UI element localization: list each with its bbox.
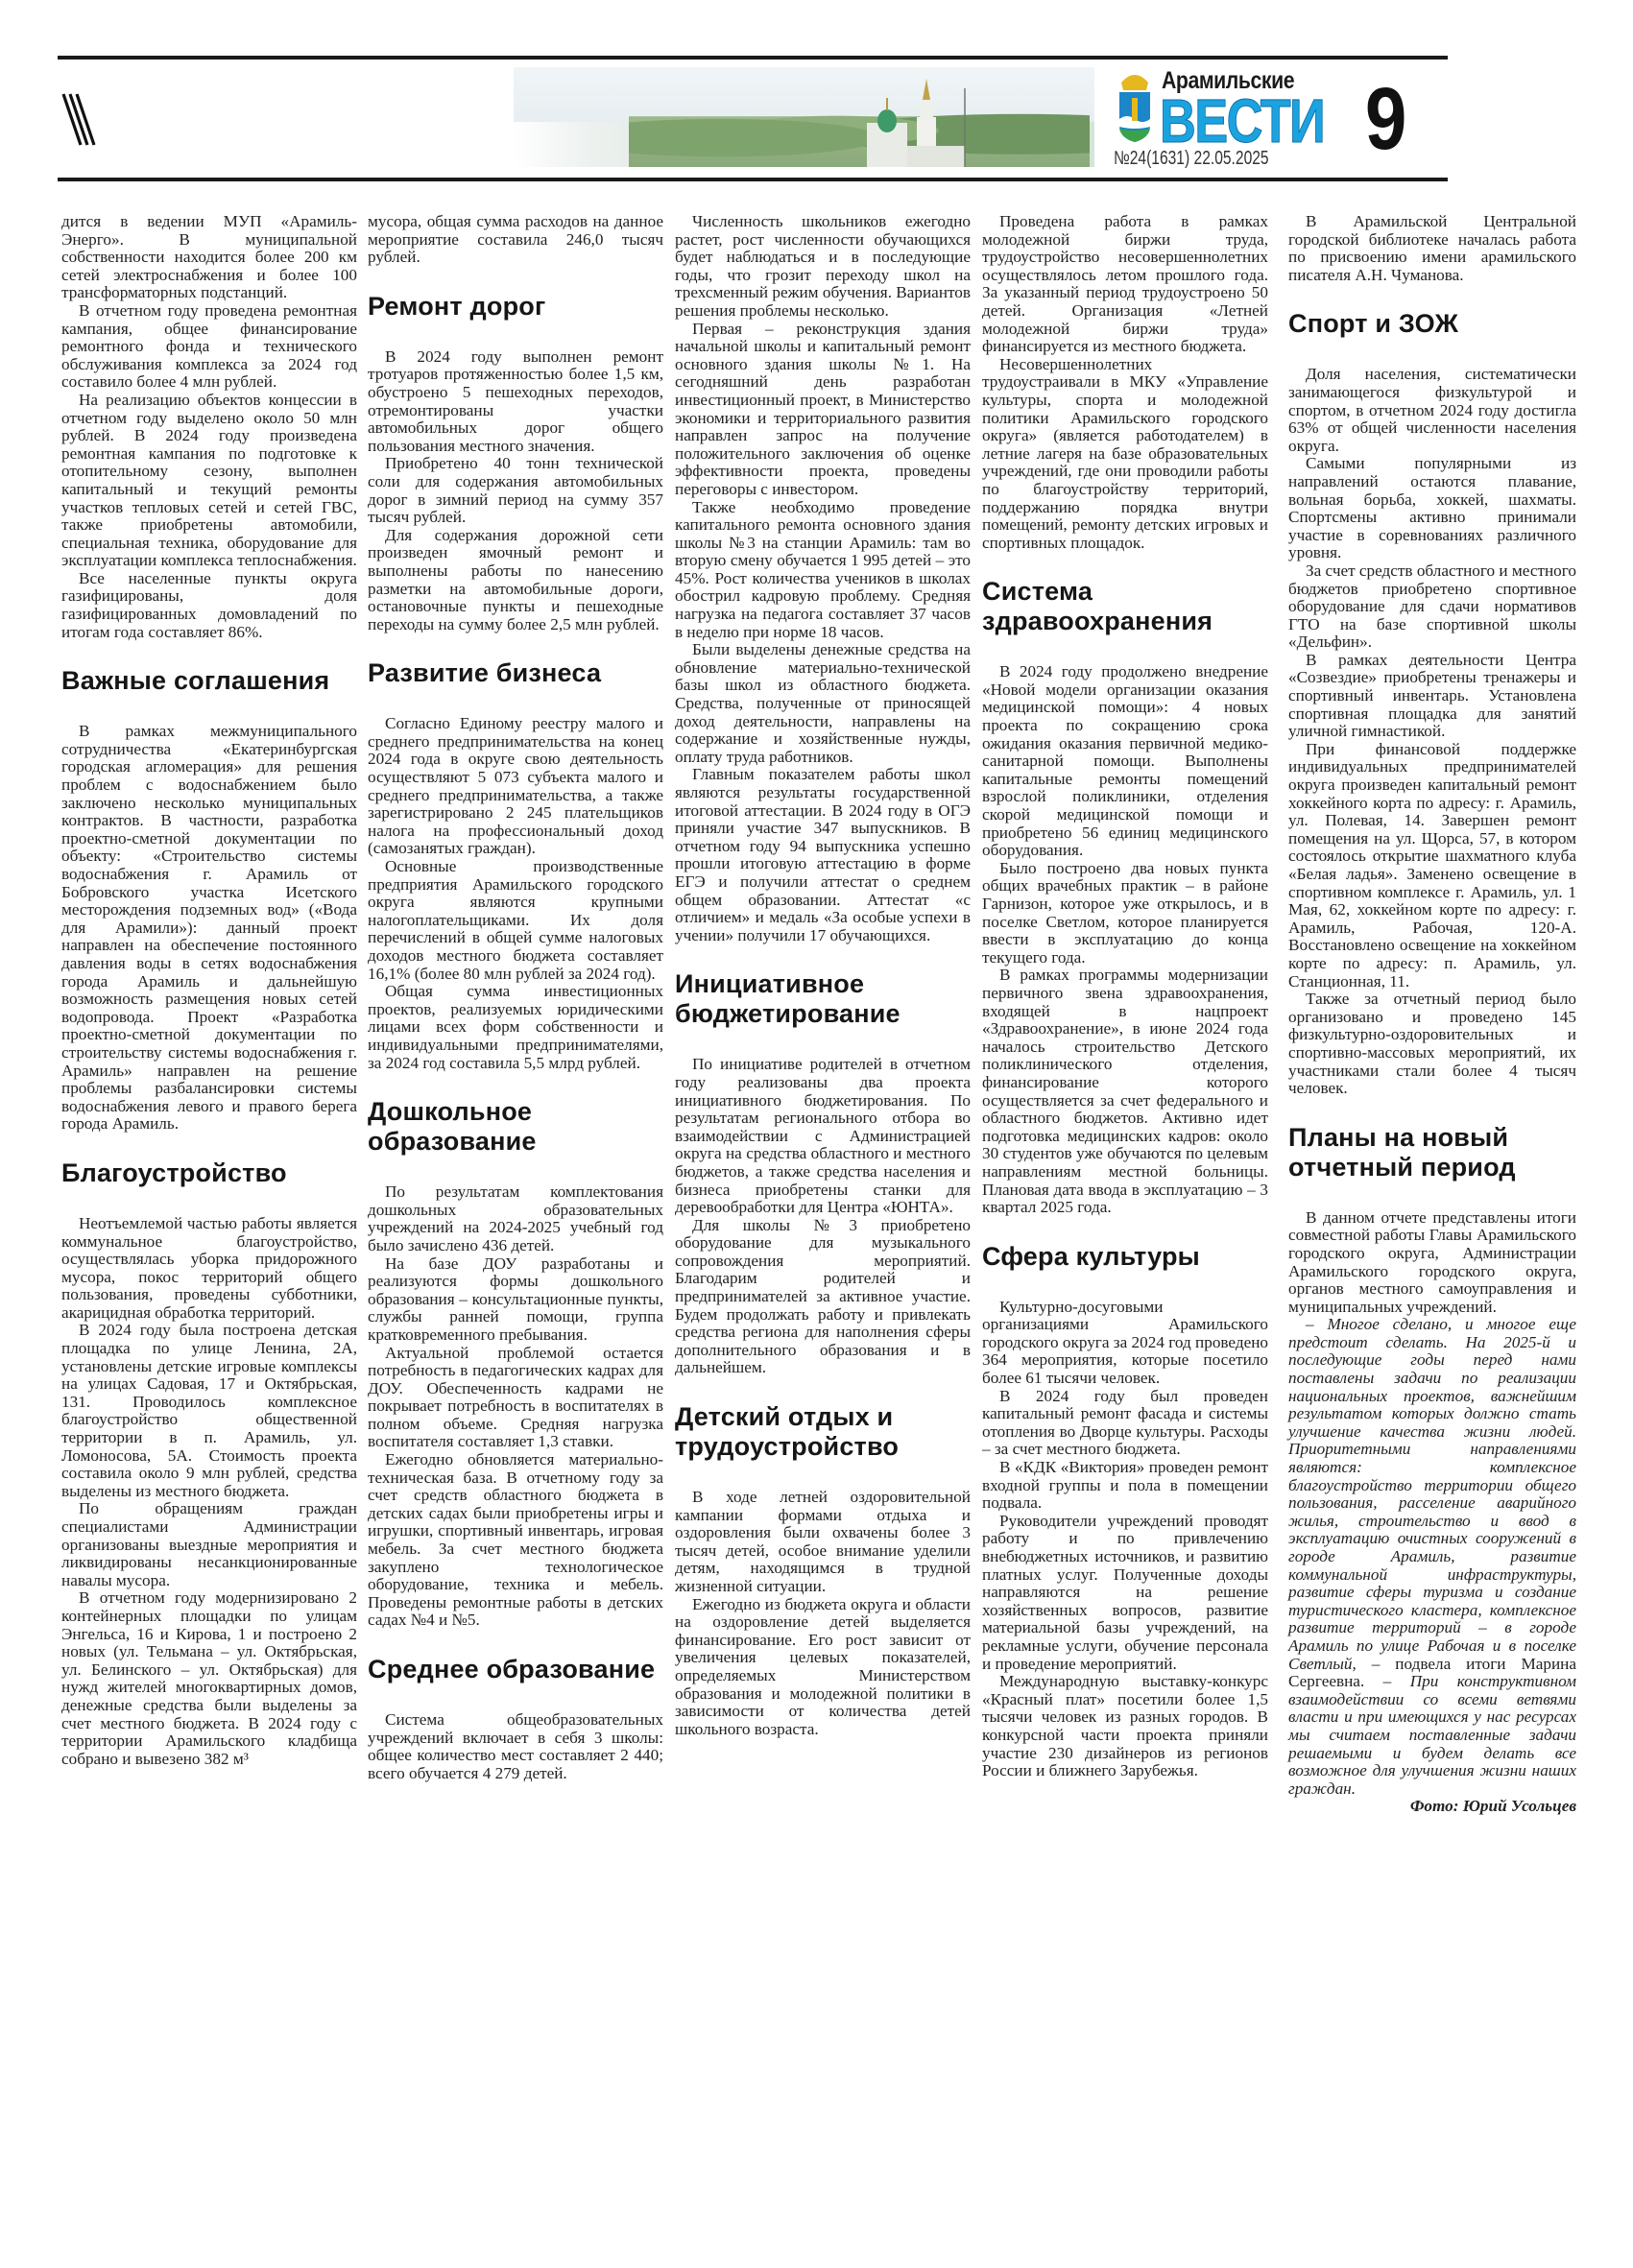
article-paragraph: По результатам комплектования дошкольных… xyxy=(368,1183,663,1254)
triple-slash-icon xyxy=(60,92,117,150)
article-paragraph: В 2024 году была построена детская площа… xyxy=(61,1322,357,1500)
quote-paragraph: – Многое сделано, и многое еще предстоит… xyxy=(1288,1316,1576,1798)
article-paragraph: Неотъемлемой частью работы является комм… xyxy=(61,1215,357,1323)
article-paragraph: В отчетном году проведена ремонтная камп… xyxy=(61,302,357,392)
article-paragraph: Приобретено 40 тонн технической соли для… xyxy=(368,455,663,526)
article-paragraph: В рамках программы модернизации первично… xyxy=(982,967,1268,1216)
article-paragraph: В «КДК «Виктория» проведен ремонт входно… xyxy=(982,1459,1268,1513)
article-paragraph: Для школы №3 приобретено оборудование дл… xyxy=(675,1217,971,1377)
article-paragraph: Ежегодно обновляется материально-техниче… xyxy=(368,1451,663,1630)
section-heading: Среднее образование xyxy=(368,1655,663,1684)
column-4: Проведена работа в рамках молодежной бир… xyxy=(982,213,1268,1780)
section-heading: Спорт и ЗОЖ xyxy=(1288,309,1576,339)
article-paragraph: В Арамильской Центральной городской библ… xyxy=(1288,213,1576,284)
section-heading: Развитие бизнеса xyxy=(368,658,663,688)
article-paragraph: При финансовой поддержке индивидуальных … xyxy=(1288,741,1576,991)
article-paragraph: В отчетном году модернизировано 2 контей… xyxy=(61,1589,357,1768)
article-paragraph: Главным показателем работы школ являются… xyxy=(675,766,971,944)
article-paragraph: мусора, общая сумма расходов на данное м… xyxy=(368,213,663,267)
article-paragraph: В рамках деятельности Центра «Созвездие»… xyxy=(1288,652,1576,741)
masthead-title-main: ВЕСТИ xyxy=(1160,90,1324,152)
article-paragraph: В 2024 году выполнен ремонт тротуаров пр… xyxy=(368,348,663,456)
section-heading: Сфера культуры xyxy=(982,1242,1268,1272)
page-number: 9 xyxy=(1365,75,1406,163)
article-paragraph: Руководители учреждений проводят работу … xyxy=(982,1513,1268,1673)
article-paragraph: Общая сумма инвестиционных проектов, реа… xyxy=(368,983,663,1072)
section-heading: Дошкольное образование xyxy=(368,1097,663,1157)
article-paragraph: По инициативе родителей в отчетном году … xyxy=(675,1056,971,1216)
article-paragraph: В данном отчете представлены итоги совме… xyxy=(1288,1209,1576,1317)
article-paragraph: Первая – реконструкция здания начальной … xyxy=(675,321,971,499)
article-paragraph: Были выделены денежные средства на обнов… xyxy=(675,641,971,766)
issue-number-date: №24(1631) 22.05.2025 xyxy=(1114,148,1269,170)
masthead: Арамильские ВЕСТИ №24(1631) 22.05.2025 xyxy=(1114,65,1363,173)
photo-credit: Фото: Юрий Усольцев xyxy=(1288,1798,1576,1816)
section-heading: Инициативное бюджетирование xyxy=(675,969,971,1029)
article-paragraph: Международную выставку-конкурс «Красный … xyxy=(982,1673,1268,1780)
article-paragraph: дится в ведении МУП «Арамиль-Энерго». В … xyxy=(61,213,357,302)
article-paragraph: В рамках межмуниципального сотрудничеств… xyxy=(61,723,357,1134)
article-paragraph: Культурно-досуговыми организациями Арами… xyxy=(982,1299,1268,1388)
header-bottom-rule xyxy=(58,178,1448,181)
column-5: В Арамильской Центральной городской библ… xyxy=(1288,213,1576,1816)
quote-text: – Многое сделано, и многое еще предстоит… xyxy=(1288,1315,1576,1672)
church-icon xyxy=(859,79,974,167)
header-photo-church-landscape xyxy=(514,67,1094,167)
section-heading: Важные соглашения xyxy=(61,666,357,696)
article-paragraph: Самыми популярными из направлений остают… xyxy=(1288,455,1576,562)
article-paragraph: В 2024 году был проведен капитальный рем… xyxy=(982,1388,1268,1459)
article-paragraph: В ходе летней оздоровительной кампании ф… xyxy=(675,1489,971,1596)
column-1: дится в ведении МУП «Арамиль-Энерго». В … xyxy=(61,213,357,1768)
column-3: Численность школьников ежегодно растет, … xyxy=(675,213,971,1738)
article-paragraph: На базе ДОУ разработаны и реализуются фо… xyxy=(368,1255,663,1345)
article-paragraph: Также необходимо проведение капитального… xyxy=(675,499,971,642)
article-paragraph: Актуальной проблемой остается потребност… xyxy=(368,1345,663,1452)
section-heading: Ремонт дорог xyxy=(368,292,663,322)
article-paragraph: На реализацию объектов концессии в отчет… xyxy=(61,392,357,570)
column-2: мусора, общая сумма расходов на данное м… xyxy=(368,213,663,1782)
quote-text: – При конструктивном взаимодействии со в… xyxy=(1288,1672,1576,1798)
section-heading: Планы на новый отчетный период xyxy=(1288,1123,1576,1182)
article-paragraph: Несовершеннолетних трудоустраивали в МКУ… xyxy=(982,356,1268,553)
section-heading: Благоустройство xyxy=(61,1158,357,1188)
article-paragraph: Основные производственные предприятия Ар… xyxy=(368,858,663,983)
article-paragraph: Численность школьников ежегодно растет, … xyxy=(675,213,971,321)
header-top-rule xyxy=(58,56,1448,60)
coat-of-arms-icon xyxy=(1116,69,1154,144)
article-paragraph: Система общеобразовательных учреждений в… xyxy=(368,1711,663,1782)
article-paragraph: Было построено два новых пункта общих вр… xyxy=(982,860,1268,967)
article-paragraph: Согласно Единому реестру малого и средне… xyxy=(368,715,663,858)
section-heading: Система здравоохранения xyxy=(982,577,1268,636)
article-paragraph: Доля населения, систематически занимающе… xyxy=(1288,366,1576,455)
article-paragraph: Ежегодно из бюджета округа и области на … xyxy=(675,1596,971,1739)
article-paragraph: В 2024 году продолжено внедрение «Новой … xyxy=(982,663,1268,860)
article-paragraph: Также за отчетный период было организова… xyxy=(1288,991,1576,1098)
article-paragraph: Для содержания дорожной сети произведен … xyxy=(368,527,663,634)
article-paragraph: По обращениям граждан специалистами Адми… xyxy=(61,1500,357,1589)
article-paragraph: За счет средств областного и местного бю… xyxy=(1288,562,1576,652)
section-heading: Детский отдых и трудоустройство xyxy=(675,1402,971,1462)
article-paragraph: Проведена работа в рамках молодежной бир… xyxy=(982,213,1268,356)
article-paragraph: Все населенные пункты округа газифициров… xyxy=(61,570,357,641)
